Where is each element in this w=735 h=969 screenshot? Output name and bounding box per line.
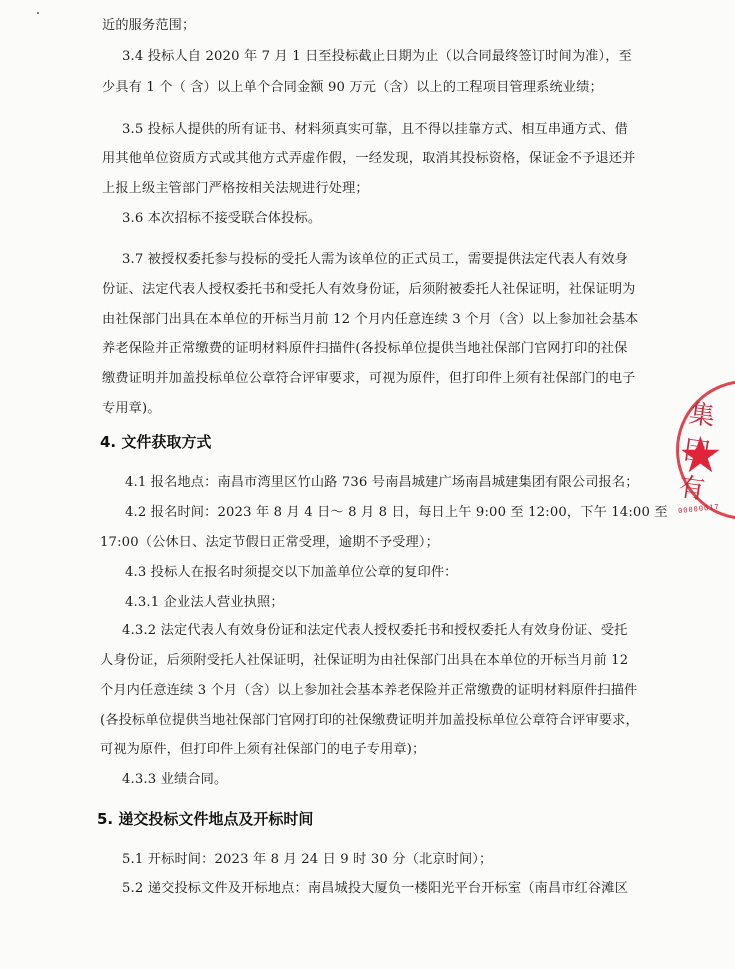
text-line: (各投标单位提供当地社保部门官网打印的社保缴费证明并加盖投标单位公章符合评审要求… [100,712,639,730]
text-line: 用其他单位资质方式或其他方式弄虚作假，一经发现，取消其投标资格，保证金不予退还并 [102,150,636,168]
text-line: 4.3.1 企业法人营业执照； [125,594,284,612]
text-line: 缴费证明并加盖投标单位公章符合评审要求，可视为原件，但打印件上须有社保部门的电子 [102,370,636,388]
text-line: 3.6 本次招标不接受联合体投标。 [122,210,321,228]
text-line: 少具有 1 个（ 含）以上单个合同金额 90 万元（含）以上的工程项目管理系统业… [102,79,603,97]
text-line: 养老保险并正常缴费的证明材料原件扫描件(各投标单位提供当地社保部门官网打印的社保 [102,340,627,358]
text-line: 4.1 报名地点：南昌市湾里区竹山路 736 号南昌城建广场南昌城建集团有限公司… [125,474,639,492]
text-line: 5.1 开标时间：2023 年 8 月 24 日 9 时 30 分（北京时间）； [122,851,492,869]
text-line: 4.3 投标人在报名时须提交以下加盖单位公章的复印件： [125,564,458,582]
text-line: 4.3.2 法定代表人有效身份证和法定代表人授权委托书和授权委托人有效身份证、受… [122,622,627,640]
text-line: 个月内任意连续 3 个月（含）以上参加社会基本养老保险并正常缴费的证明材料原件扫… [100,682,637,700]
section-heading-4: 4. 文件获取方式 [100,432,211,452]
text-line: 5.2 递交投标文件及开标地点：南昌城投大厦负一楼阳光平台开标室（南昌市红谷滩区 [122,880,628,898]
text-line: 近的服务范围； [102,17,195,35]
star-icon: ★ [678,430,723,480]
text-line: 由社保部门出具在本单位的开标当月前 12 个月内任意连续 3 个月（含）以上参加… [102,311,638,329]
text-line: 可视为原件，但打印件上须有社保部门的电子专用章)； [100,741,425,759]
section-heading-5: 5. 递交投标文件地点及开标时间 [97,809,313,829]
text-line: 4.3.3 业绩合同。 [122,771,227,789]
text-line: 上报上级主管部门严格按相关法规进行处理； [102,180,369,198]
text-line: 专用章)。 [102,400,161,418]
text-line: 人身份证，后须附受托人社保证明，社保证明为由社保部门出具在本单位的开标当月前 1… [100,652,628,670]
seal-code: 00000017 [678,503,720,515]
text-line: 3.4 投标人自 2020 年 7 月 1 日至投标截止日期为止（以合同最终签订… [122,48,632,66]
text-line: 3.5 投标人提供的所有证书、材料须真实可靠，且不得以挂靠方式、相互串通方式、借 [122,121,628,139]
text-line: 17:00（公休日、法定节假日正常受理，逾期不予受理）； [100,534,439,552]
text-line: 份证、法定代表人授权委托书和受托人有效身份证，后须附被委托人社保证明，社保证明为 [102,281,636,299]
document-page: 近的服务范围； 3.4 投标人自 2020 年 7 月 1 日至投标截止日期为止… [0,0,735,969]
text-line: 4.2 报名时间：2023 年 8 月 4 日～ 8 月 8 日，每日上午 9:… [125,504,668,522]
text-line: 3.7 被授权委托参与投标的受托人需为该单位的正式员工，需要提供法定代表人有效身 [122,251,628,269]
scan-speck [37,12,39,14]
